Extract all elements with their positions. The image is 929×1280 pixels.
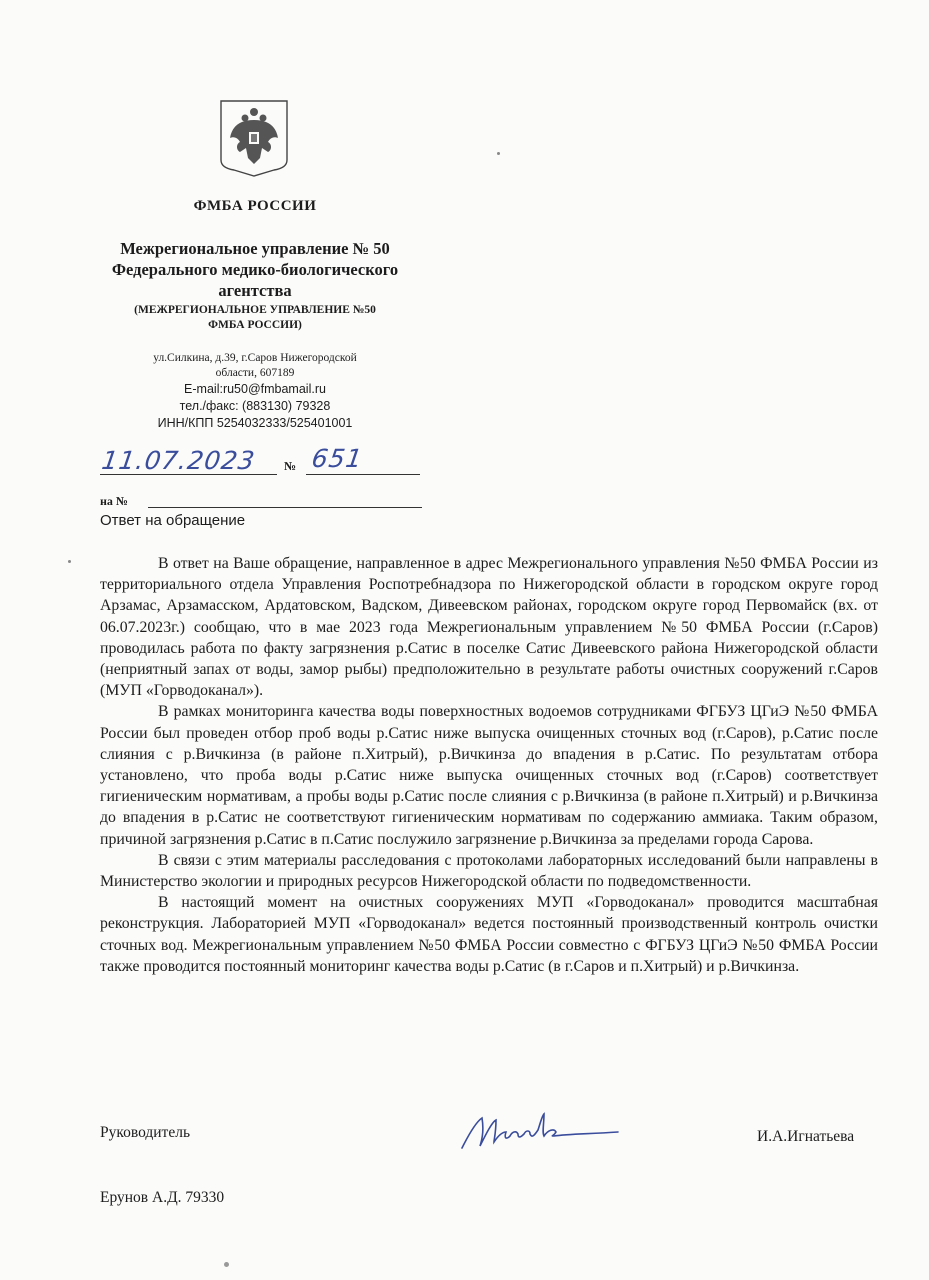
reference-label: на №: [100, 494, 128, 509]
handwritten-signature-icon: [458, 1100, 658, 1160]
scan-speck: [68, 560, 71, 563]
scan-speck: [224, 1262, 229, 1267]
agency-name: ФМБА РОССИИ: [100, 198, 410, 215]
inn-kpp: ИНН/КПП 5254032333/525401001: [100, 415, 410, 432]
registration-line: 11.07.2023 № 651: [100, 448, 420, 478]
body-paragraph: В связи с этим материалы расследования с…: [100, 850, 878, 892]
address-line: области, 607189: [100, 366, 410, 381]
reference-line: на №: [100, 494, 422, 514]
contact-block: ул.Силкина, д.39, г.Саров Нижегородской …: [100, 351, 410, 432]
reference-blank: [148, 507, 422, 508]
subject-line: Ответ на обращение: [100, 512, 245, 529]
letter-body: В ответ на Ваше обращение, направленное …: [100, 553, 878, 977]
body-paragraph: В настоящий момент на очистных сооружени…: [100, 892, 878, 977]
signatory-name: И.А.Игнатьева: [757, 1128, 854, 1146]
phone: тел./факс: (883130) 79328: [100, 398, 410, 415]
address-line: ул.Силкина, д.39, г.Саров Нижегородской: [100, 351, 410, 366]
letter-page: ФМБА РОССИИ Межрегиональное управление №…: [0, 0, 929, 1280]
signatory-title: Руководитель: [100, 1124, 190, 1142]
coat-of-arms-icon: [218, 98, 290, 178]
body-paragraph: В ответ на Ваше обращение, направленное …: [100, 553, 878, 701]
registration-number: 651: [310, 444, 365, 473]
number-label: №: [284, 459, 296, 474]
number-underline: [306, 474, 420, 475]
organization-short-name: (МЕЖРЕГИОНАЛЬНОЕ УПРАВЛЕНИЕ №50 ФМБА РОС…: [100, 303, 410, 333]
email: E-mail:ru50@fmbamail.ru: [100, 381, 410, 398]
organization-name: Межрегиональное управление № 50 Федераль…: [100, 238, 410, 301]
date-underline: [100, 474, 277, 475]
body-paragraph: В рамках мониторинга качества воды повер…: [100, 701, 878, 849]
executor-line: Ерунов А.Д. 79330: [100, 1189, 224, 1207]
registration-date: 11.07.2023: [100, 446, 257, 475]
scan-speck: [497, 152, 500, 155]
